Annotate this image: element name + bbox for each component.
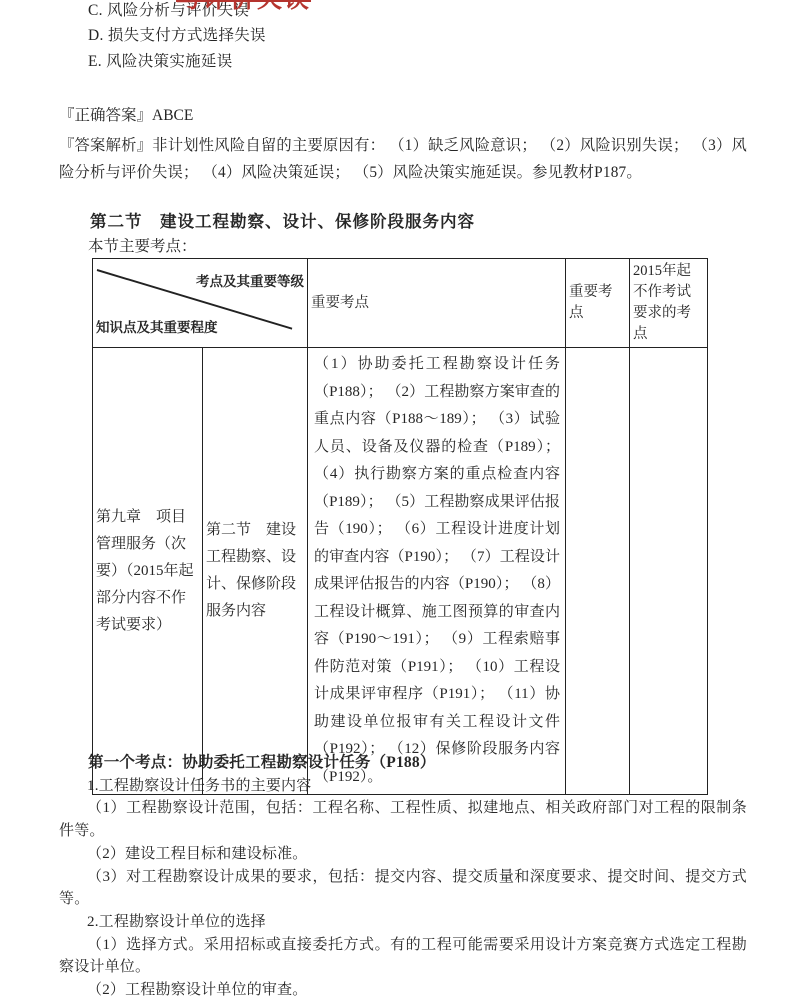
header-excluded: 2015年起不作考试要求的考点 (630, 259, 708, 348)
option-e: E. 风险决策实施延误 (59, 49, 747, 74)
cell-section: 第二节 建设工程勘察、设计、保修阶段服务内容 (203, 348, 308, 795)
key-points-table: 考点及其重要等级 知识点及其重要程度 重要考点 重要考点 2015年起不作考试要… (92, 258, 708, 795)
topic-paragraph: （2）建设工程目标和建设标准。 (59, 843, 747, 866)
correct-answer-value: ABCE (152, 107, 193, 124)
correct-answer-line: 『正确答案』ABCE (59, 104, 193, 128)
table-body-row: 第九章 项目管理服务（次要）（2015年起部分内容不作考试要求） 第二节 建设工… (93, 348, 708, 795)
topic-paragraph: 1.工程勘察设计任务书的主要内容 (59, 775, 747, 798)
section-intro: 本节主要考点： (59, 236, 197, 257)
diagonal-label-rows: 知识点及其重要程度 (96, 316, 218, 336)
document-page: C. 风险分析与评价失误 D. 损失支付方式选择失误 E. 风险决策实施延误 与… (0, 0, 794, 1000)
option-c: C. 风险分析与评价失误 (59, 0, 747, 23)
options-block: C. 风险分析与评价失误 D. 损失支付方式选择失误 E. 风险决策实施延误 与… (59, 0, 747, 74)
header-important: 重要考点 (566, 259, 630, 348)
correct-answer-label: 『正确答案』 (59, 107, 152, 124)
topic-paragraph: 2.工程勘察设计单位的选择 (59, 911, 747, 934)
topic-paragraph: （1）选择方式。采用招标或直接委托方式。有的工程可能需要采用设计方案竞赛方式选定… (59, 934, 747, 979)
section-heading: 第二节 建设工程勘察、设计、保修阶段服务内容 (59, 211, 475, 233)
cell-important (566, 348, 630, 795)
diagonal-label-columns: 考点及其重要等级 (196, 270, 304, 290)
header-key-points: 重要考点 (308, 259, 566, 348)
topic-paragraph: （2）工程勘察设计单位的审查。 (59, 979, 747, 1000)
table-header-row: 考点及其重要等级 知识点及其重要程度 重要考点 重要考点 2015年起不作考试要… (93, 259, 708, 348)
topic-paragraph: （3）对工程勘察设计成果的要求，包括：提交内容、提交质量和深度要求、提交时间、提… (59, 866, 747, 911)
answer-analysis: 『答案解析』非计划性风险自留的主要原因有： （1）缺乏风险意识； （2）风险识别… (59, 133, 747, 186)
topic-paragraph: （1）工程勘察设计范围，包括：工程名称、工程性质、拟建地点、相关政府部门对工程的… (59, 797, 747, 842)
diagonal-header-cell: 考点及其重要等级 知识点及其重要程度 (93, 259, 308, 348)
key-points-table-wrapper: 考点及其重要等级 知识点及其重要程度 重要考点 重要考点 2015年起不作考试要… (92, 258, 708, 795)
cell-chapter: 第九章 项目管理服务（次要）（2015年起部分内容不作考试要求） (93, 348, 203, 795)
topic-block: 第一个考点：协助委托工程勘察设计任务（P188） 1.工程勘察设计任务书的主要内… (59, 752, 747, 1000)
red-strikethrough-annotation: 与评价失误 (176, 0, 311, 12)
cell-key-points: （1）协助委托工程勘察设计任务（P188）； （2）工程勘察方案审查的重点内容（… (308, 348, 566, 795)
option-d: D. 损失支付方式选择失误 (59, 23, 747, 48)
cell-excluded (630, 348, 708, 795)
topic-heading: 第一个考点：协助委托工程勘察设计任务（P188） (59, 752, 747, 775)
